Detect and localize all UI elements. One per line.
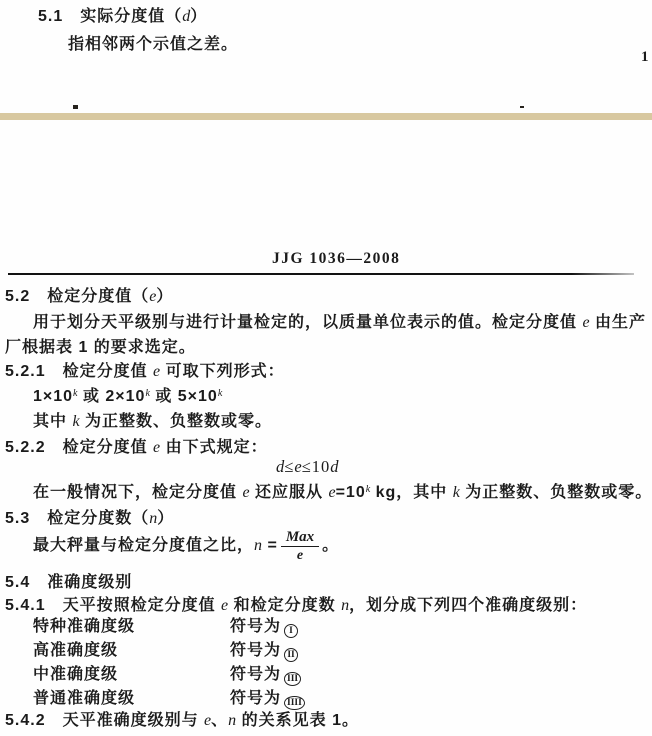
fraction-numerator: Max xyxy=(281,529,319,548)
accuracy-class-label: 特种准确度级 xyxy=(33,618,135,635)
section-heading-5-1: 5.1 实际分度值（d） xyxy=(38,8,207,26)
page-number: 1 xyxy=(641,49,650,66)
circled-roman-numeral-I: I xyxy=(284,624,298,638)
formula-d-e-10d: d≤e≤10d xyxy=(276,458,338,477)
accuracy-class-label: 中准确度级 xyxy=(33,666,118,683)
definition-5-1: 指相邻两个示值之差。 xyxy=(68,36,238,54)
symbol-prefix: 符号为 xyxy=(230,618,281,635)
formula-e-forms: 1×10k 或 2×10k 或 5×10k xyxy=(33,388,222,406)
section-heading-5-2: 5.2 检定分度值（e） xyxy=(5,288,173,306)
running-header: JJG 1036—2008 xyxy=(272,250,400,268)
symbol-prefix: 符号为 xyxy=(230,666,281,683)
scan-artifact-dot xyxy=(520,106,524,108)
sentence-period: 。 xyxy=(322,537,339,555)
accuracy-class-symbol: 符号为III xyxy=(230,666,301,684)
section-heading-5-4-1: 5.4.1 天平按照检定分度值 e 和检定分度数 n，划分成下列四个准确度级别： xyxy=(5,597,587,615)
paragraph-5-3: 最大秤量与检定分度值之比，n = Max e 。 xyxy=(33,528,339,564)
scan-artifact-dot xyxy=(73,105,78,109)
fraction-denominator: e xyxy=(297,547,303,563)
fraction-max-over-e: Max e xyxy=(281,529,319,564)
circled-roman-numeral-II: II xyxy=(284,648,298,662)
page-separator-band xyxy=(0,113,652,120)
paragraph-5-2-1-note: 其中 k 为正整数、负整数或零。 xyxy=(33,413,272,431)
paragraph-5-2-line1: 用于划分天平级别与进行计量检定的，以质量单位表示的值。检定分度值 e 由生产 xyxy=(33,314,646,332)
header-rule xyxy=(8,273,634,275)
accuracy-class-symbol: 符号为II xyxy=(230,642,298,660)
section-heading-5-2-2: 5.2.2 检定分度值 e 由下式规定： xyxy=(5,439,268,457)
circled-roman-numeral-IIII: IIII xyxy=(284,696,305,710)
accuracy-class-label: 普通准确度级 xyxy=(33,690,135,707)
accuracy-class-row: 普通准确度级 符号为IIII xyxy=(33,690,643,708)
symbol-prefix: 符号为 xyxy=(230,690,281,707)
paragraph-5-2-line2: 厂根据表 1 的要求选定。 xyxy=(5,339,196,357)
accuracy-class-row: 中准确度级 符号为III xyxy=(33,666,643,684)
accuracy-class-label: 高准确度级 xyxy=(33,642,118,659)
section-heading-5-4-2: 5.4.2 天平准确度级别与 e、n 的关系见表 1。 xyxy=(5,712,359,730)
symbol-prefix: 符号为 xyxy=(230,642,281,659)
section-heading-5-4: 5.4 准确度级别 xyxy=(5,574,132,592)
accuracy-class-symbol: 符号为IIII xyxy=(230,690,305,708)
ratio-text: 最大秤量与检定分度值之比，n = xyxy=(33,537,278,555)
accuracy-class-row: 高准确度级 符号为II xyxy=(33,642,643,660)
section-heading-5-2-1: 5.2.1 检定分度值 e 可取下列形式： xyxy=(5,363,285,381)
accuracy-class-symbol: 符号为I xyxy=(230,618,298,636)
paragraph-5-2-2-note: 在一般情况下，检定分度值 e 还应服从 e=10k kg，其中 k 为正整数、负… xyxy=(33,484,652,502)
section-heading-5-3: 5.3 检定分度数（n） xyxy=(5,510,174,528)
accuracy-class-row: 特种准确度级 符号为I xyxy=(33,618,643,636)
circled-roman-numeral-III: III xyxy=(284,672,301,686)
scanned-document-page: 5.1 实际分度值（d） 指相邻两个示值之差。 1 JJG 1036—2008 … xyxy=(0,0,652,736)
